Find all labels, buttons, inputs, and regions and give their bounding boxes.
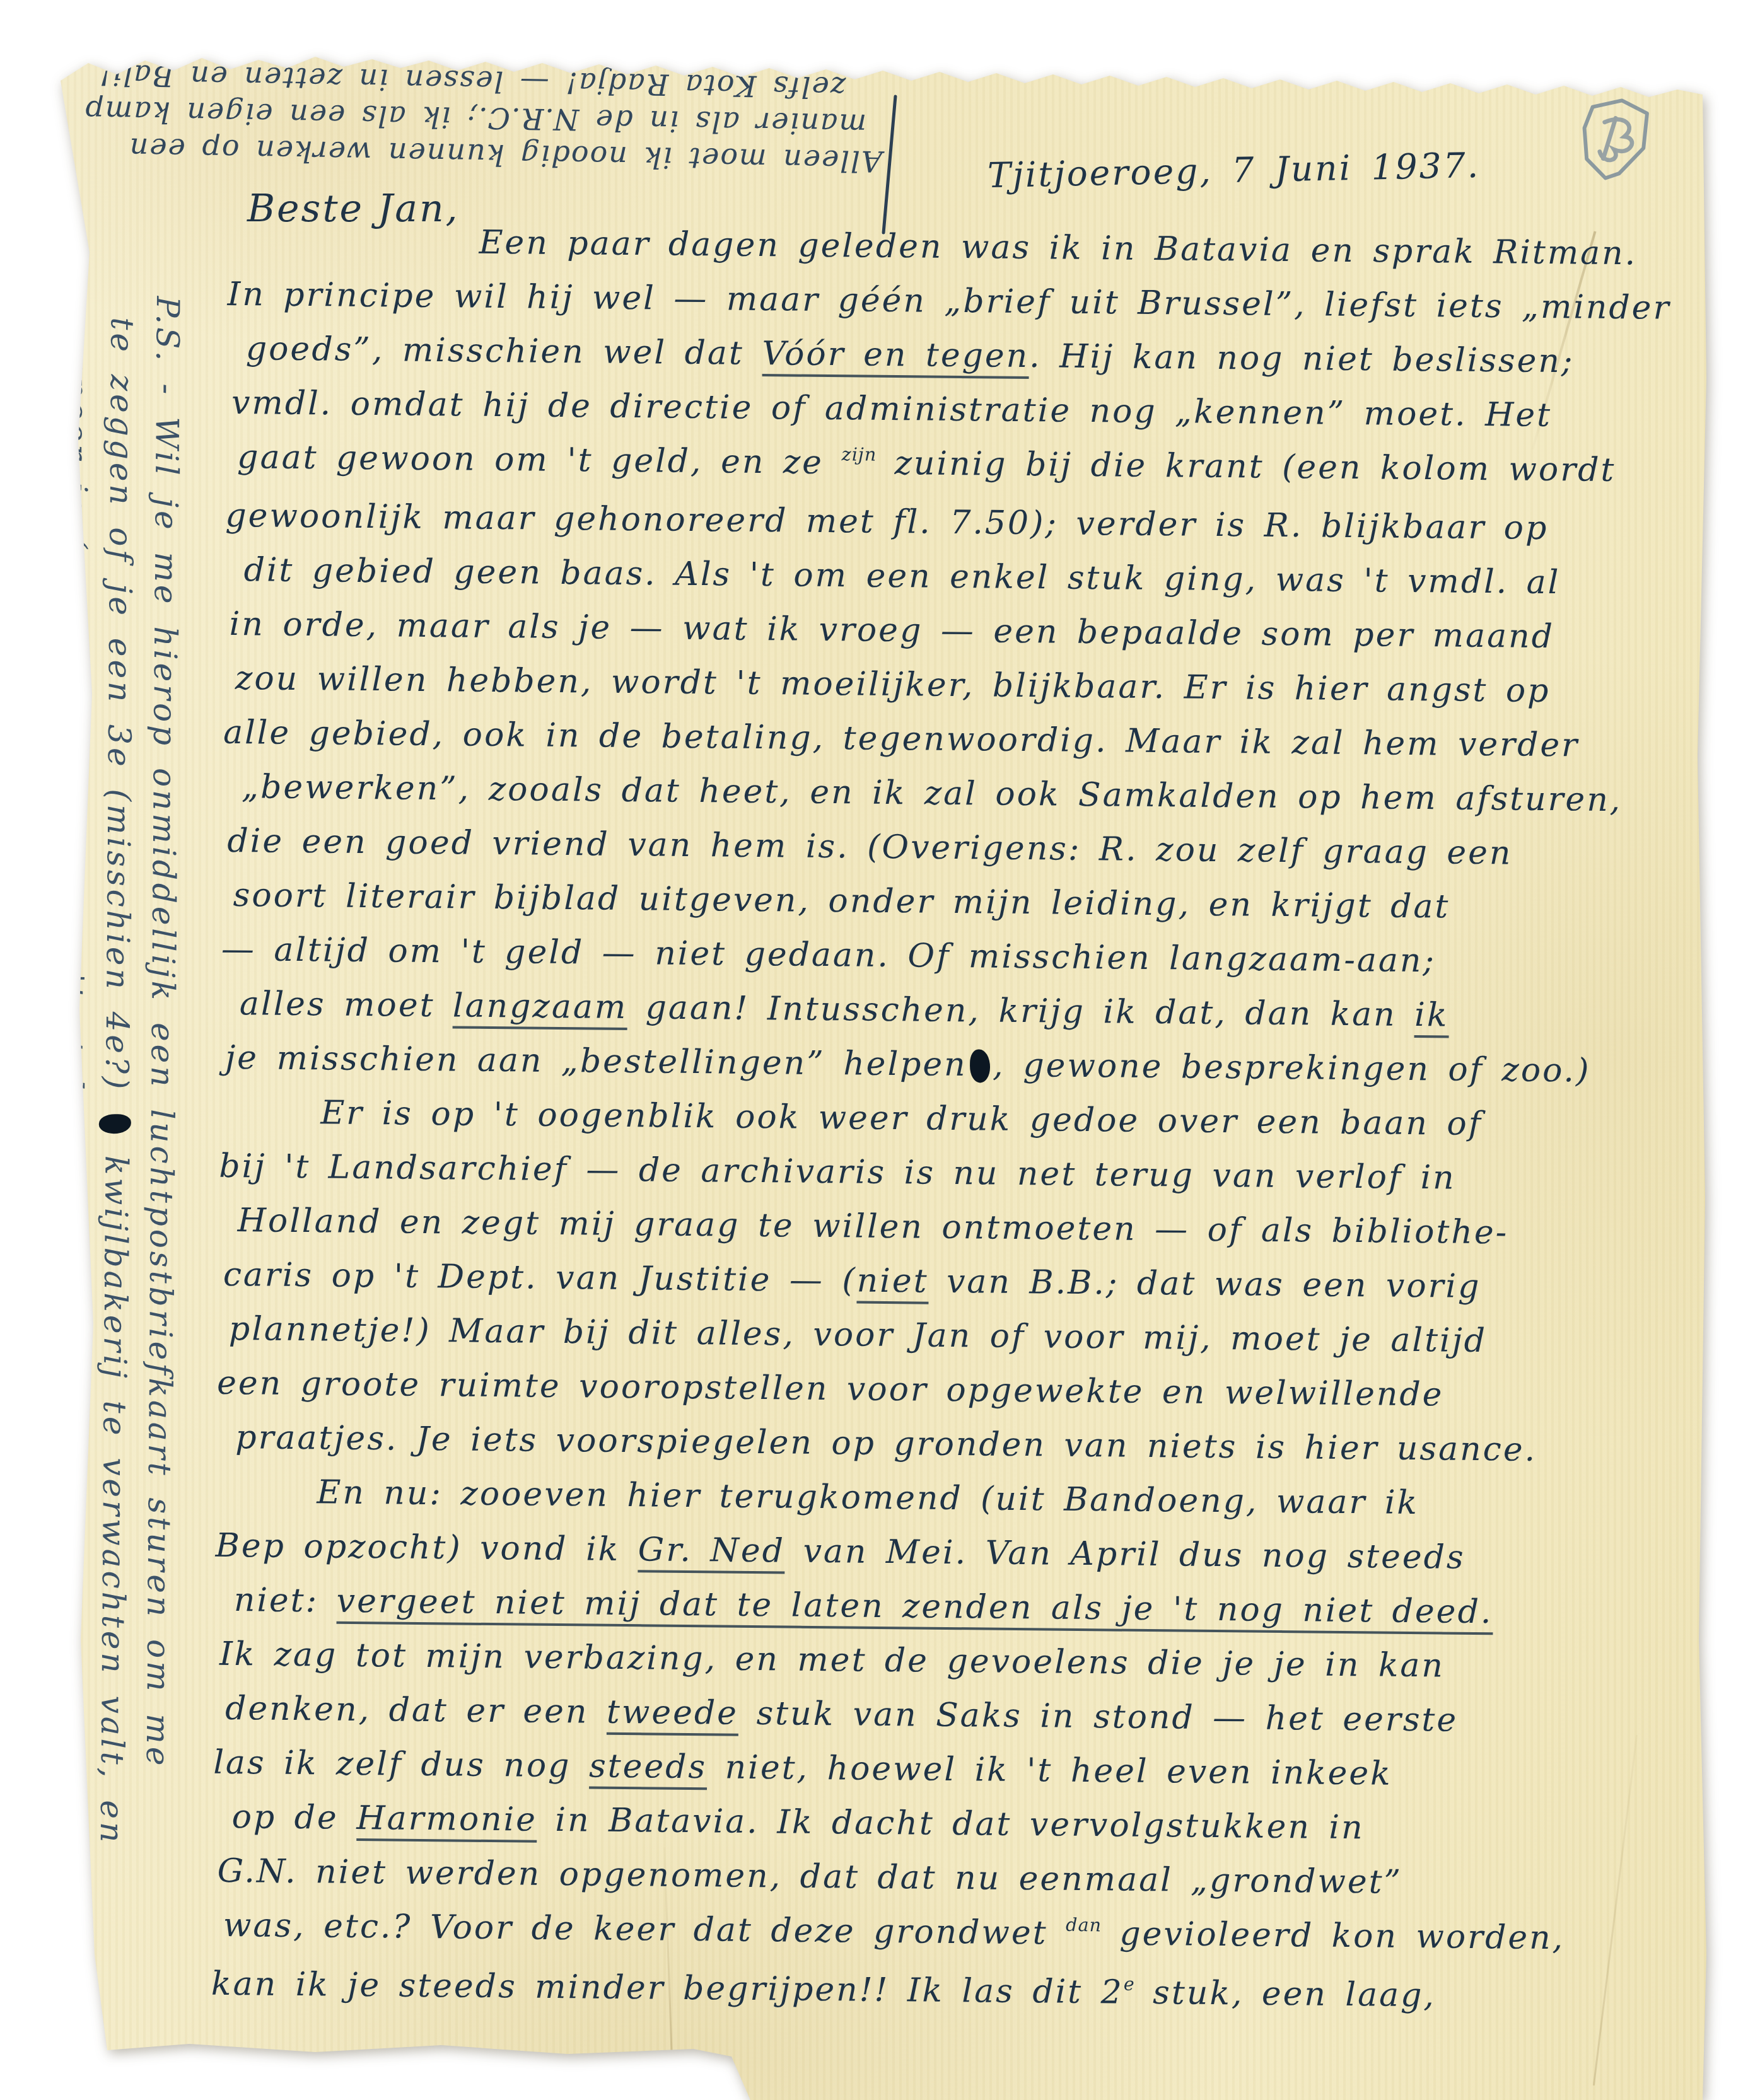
paragraph: En nu: zooeven hier terugkomend (uit Ban… [218,1465,1692,2029]
inserted-word: dan [1066,1913,1102,1935]
text-run: Ik zag tot mijn verbazing, en met de gev… [219,1635,1445,1685]
underlined-text-run: langzaam [453,987,628,1030]
text-run: Er is op 't oogenblik ook weer druk gedo… [320,1094,1483,1143]
upside-down-postscript-note: Alleen moet ik noodig kunnen werken op e… [62,55,884,180]
text-run: caris op 't Dept. van Justitie — ( [223,1256,858,1300]
underlined-text-run: ik [1414,996,1449,1038]
text-run: bij 't Landsarchief — de archivaris is n… [219,1147,1456,1197]
ink-blot [970,1050,991,1083]
text-run: In principe wil hij wel — maar géén „bri… [227,276,1670,327]
text-run: gaat gewoon om 't geld, en ze [237,438,842,482]
text-run: denken, dat er een [225,1690,607,1731]
text-run: van B.B.; dat was een vorig [928,1263,1481,1306]
ink-blot [99,1114,131,1134]
text-run: een groote ruimte vooropstellen voor opg… [217,1364,1444,1414]
underlined-text-run: steeds [589,1748,708,1790]
text-run: goeds”, misschien wel dat [246,330,762,373]
text-run: gewoonlijk maar gehonoreerd met fl. 7.50… [225,497,1549,547]
inserted-word: e [1124,1973,1135,1994]
text-run: stuk van Saks in stond — het eerste [738,1695,1459,1739]
text-run: je misschien aan „bestellingen” helpen [225,1039,967,1084]
text-run: was, etc.? Voor de keer dat deze grondwe… [223,1906,1066,1952]
text-run: op de [231,1798,356,1837]
scanned-letter-page: { "letter": { "paper_color": "#f2e9c2", … [0,0,1748,2100]
letter-paper-wrap: Alleen moet ik noodig kunnen werken op e… [0,0,1748,2100]
text-run: praatjes. Je iets voorspiegelen op grond… [235,1418,1537,1469]
underlined-text-run: vergeet niet mij dat te laten zenden als… [336,1582,1493,1635]
text-run: „bewerken”, zooals dat heet, en ik zal o… [242,768,1623,819]
underlined-text-run: Vóór en tegen [762,335,1029,379]
text-run: . Hij kan nog niet beslissen; [1029,337,1575,380]
text-run: P.S. - Wil je me hierop onmiddellijk een… [139,296,186,1769]
text-run: Bep opzocht) vond ik [215,1527,638,1569]
inserted-word: zijn [842,443,877,465]
text-run: soort literair bijblad uitgeven, onder m… [233,876,1450,926]
text-run: alle gebied, ook in de betaling, tegenwo… [223,714,1579,765]
underlined-text-run: tweede [607,1693,739,1736]
underlined-text-run: niet [856,1262,928,1304]
text-run: die een goed vriend van hem is. (Overige… [227,822,1513,873]
text-run: , gewone besprekingen of zoo.) [993,1047,1591,1090]
paragraph: Er is op 't oogenblik ook weer druk gedo… [223,1085,1696,1478]
text-run: gaan! Intusschen, krijg ik dat, dan kan [627,989,1415,1034]
text-run: kan ik je steeds minder begrijpen!! Ik l… [211,1965,1124,2012]
margin-postscript: P.S. - Wil je me hierop onmiddellijk een… [42,295,190,2048]
text-run: vmdl. omdat hij de directie of administr… [231,384,1553,434]
text-run: stuk, een laag, [1134,1974,1436,2015]
text-run: in Batavia. Ik dacht dat vervolgstukken … [537,1801,1365,1847]
text-run: Holland en zegt mij graag te willen ontm… [237,1202,1508,1251]
text-run: in orde, maar als je — wat ik vroeg — ee… [229,605,1554,656]
underlined-text-run: Harmonie [356,1799,537,1843]
place-dateline: Tjitjoeroeg, 7 Juni 1937. [987,145,1480,195]
letter-paper: Alleen moet ik noodig kunnen werken op e… [0,0,1748,2100]
text-run: te zeggen of je een 3e (misschien 4e?) [98,317,141,1111]
text-run: plannetje!) Maar bij dit alles, voor Jan… [229,1310,1488,1360]
text-run: — altijd om 't geld — niet gedaan. Of mi… [221,931,1436,980]
text-run: zuinig bij die krant (een kolom wordt [877,444,1616,489]
text-run: G.N. niet werden opgenomen, dat dat nu e… [217,1852,1402,1901]
text-run: wanneer je (met opschuiving van 't stuk … [47,302,95,1910]
text-run: las ik zelf dus nog [213,1744,589,1785]
text-run: Een paar dagen geleden was ik in Batavia… [479,224,1637,273]
text-run: kwijlbakerij te verwachten valt, en [93,1136,135,1845]
underlined-text-run: Gr. Ned [638,1531,785,1574]
text-run: niet: [234,1581,337,1620]
ink-divider-stroke [882,95,897,235]
text-run: niet, hoewel ik 't heel even inkeek [707,1748,1392,1792]
text-run: En nu: zooeven hier terugkomend (uit Ban… [317,1473,1419,1522]
text-run: zou willen hebben, wordt 't moeilijker, … [235,659,1551,710]
letter-body: Een paar dagen geleden was ik in Batavia… [218,213,1704,2029]
text-run: alles moet [240,985,453,1024]
collection-stamp-icon [1568,88,1660,190]
text-run: dit gebied geen baas. Als 't om een enke… [243,551,1560,601]
paragraph: Een paar dagen geleden was ik in Batavia… [226,213,1704,1099]
text-run: van Mei. Van April dus nog steeds [785,1532,1465,1576]
text-run: gevioleerd kon worden, [1102,1915,1565,1957]
